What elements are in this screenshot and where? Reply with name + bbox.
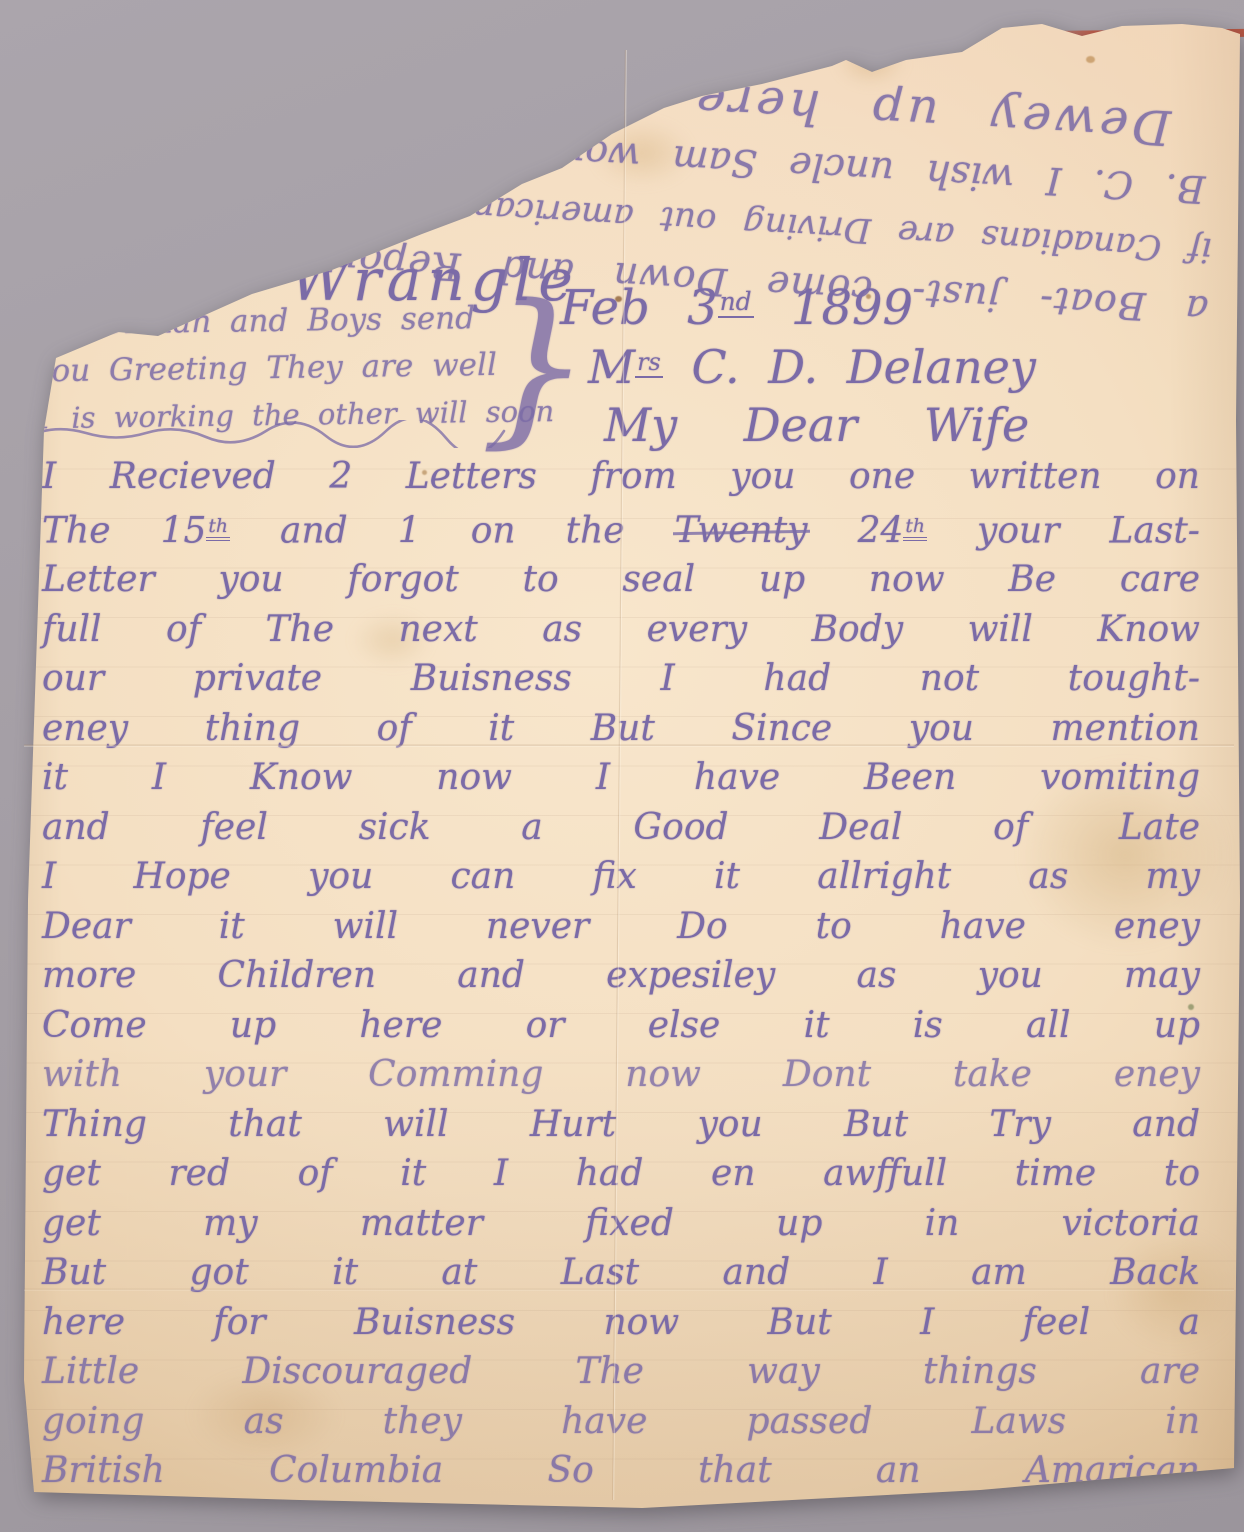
recipient-title: M [588, 340, 635, 394]
recipient-line: Mrs C. D. Delaney [588, 340, 1036, 394]
text-segment: and 1 on the [230, 510, 675, 551]
letter-line: our private Buisness I had not tought- [42, 654, 1200, 704]
text-segment: The 15 [42, 510, 206, 551]
letter-line: I Hope you can fix it allright as my [42, 852, 1200, 902]
letter-line: going as they have passed Laws in [42, 1397, 1200, 1447]
strike-segment: Twenty [675, 510, 808, 551]
letter-line: Come up here or else it is all up [42, 1001, 1200, 1051]
letter-body: I Recieved 2 Letters from you one writte… [42, 452, 1200, 1496]
letter-line: get my matter fixed up in victoria [42, 1199, 1200, 1249]
paper-wrap: a Boat- just- come Down and Reports a wa… [0, 0, 1244, 1532]
letter-photo: a Boat- just- come Down and Reports a wa… [0, 0, 1244, 1532]
letter-line: more Children and expesiley as you may [42, 951, 1200, 1001]
wavy-underline [26, 420, 526, 448]
sup-segment: th [206, 516, 230, 541]
letter-line: here for Buisness now But I feel a [42, 1298, 1200, 1348]
letter-line: get red of it I had en awffull time to [42, 1149, 1200, 1199]
letter-line: I Recieved 2 Letters from you one writte… [42, 452, 1200, 502]
salutation: My Dear Wife [604, 398, 1029, 452]
letter-paper: a Boat- just- come Down and Reports a wa… [0, 0, 1244, 1532]
sup-segment: th [903, 516, 927, 541]
date-year: 1899 [754, 280, 913, 336]
letter-line: Letter you forgot to seal up now Be care [42, 555, 1200, 605]
place-abbreviation: Ft- [116, 244, 199, 307]
letter-line: The 15th and 1 on the Twenty 24th your L… [42, 502, 1200, 556]
date-line: Feb 3nd 1899 [560, 280, 913, 336]
letter-line: full of The next as every Body will Know [42, 605, 1200, 655]
letter-line: Mr Gilman and Boys send [33, 295, 514, 349]
recipient-name-text: C. D. Delaney [691, 340, 1035, 394]
letter-line: and feel sick a Good Deal of Late [42, 803, 1200, 853]
letter-line: British Columbia So that an Amarican [42, 1446, 1200, 1496]
letter-line: eney thing of it But Since you mention [42, 704, 1200, 754]
text-segment: 24 [808, 510, 904, 551]
letter-line: Thing that will Hurt you But Try and [42, 1100, 1200, 1150]
letter-line: with your Comming now Dont take eney [42, 1050, 1200, 1100]
recipient-name [663, 340, 692, 394]
letter-line: it I Know now I have Been vomiting [42, 753, 1200, 803]
letter-line: Little Discouraged The way things are [42, 1347, 1200, 1397]
letter-line: But got it at Last and I am Back [42, 1248, 1200, 1298]
letter-line: Dewey up here [31, 32, 1173, 158]
recipient-title-sup: rs [635, 348, 663, 378]
date-ordinal: nd [718, 287, 754, 318]
letter-line: Dear it will never Do to have eney [42, 902, 1200, 952]
text-segment: your Last- [927, 510, 1200, 551]
letter-line: you Greeting They are well [34, 342, 515, 396]
